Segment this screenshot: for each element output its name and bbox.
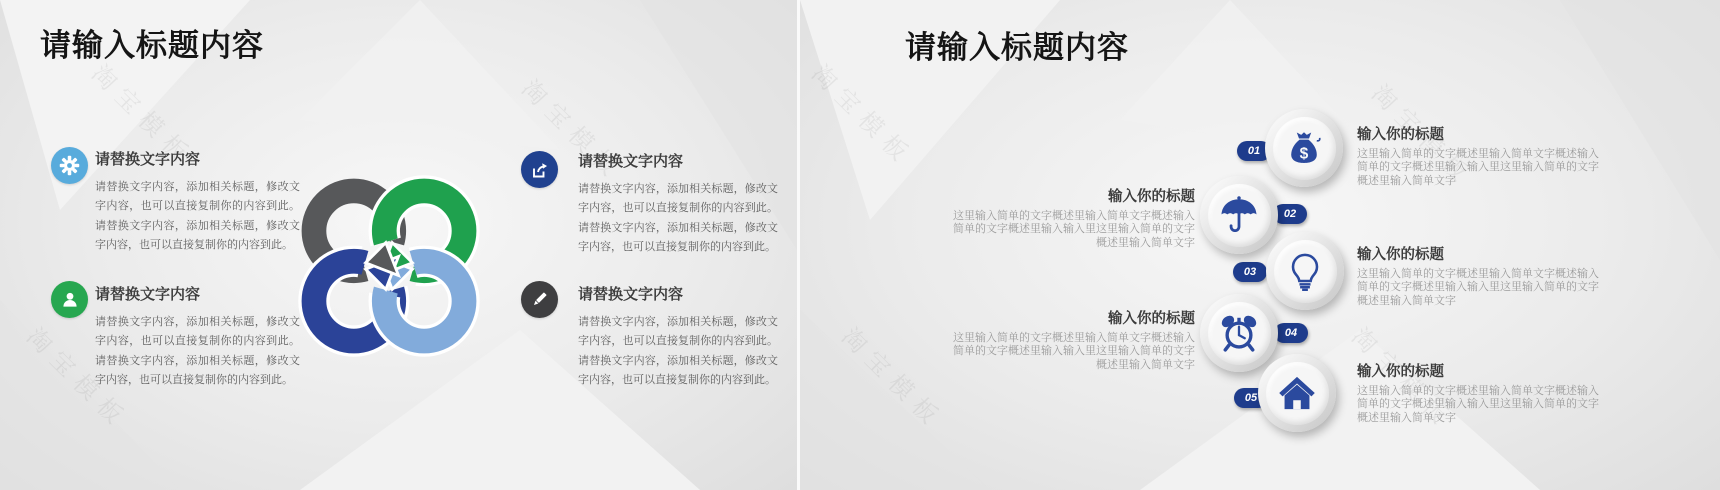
timeline-heading: 输入你的标题 — [1357, 360, 1605, 381]
gear-icon — [59, 155, 80, 176]
feature-block: 请替换文字内容 请替换文字内容，添加相关标题，修改文字内容，也可以直接复制你的内… — [95, 148, 300, 255]
alarm-clock-icon — [1218, 312, 1260, 354]
dollar-symbol: $ — [1300, 146, 1309, 163]
timeline-number-badge: 03 — [1233, 262, 1267, 282]
timeline-text-block: 输入你的标题 这里输入简单的文字概述里输入简单文字概述输入简单的文字概述里输入输… — [950, 185, 1195, 250]
umbrella-icon — [1218, 194, 1260, 236]
page-title: 请输入标题内容 — [905, 22, 1129, 67]
timeline-text-block: 输入你的标题 这里输入简单的文字概述里输入简单文字概述输入简单的文字概述里输入输… — [1357, 243, 1605, 308]
feature-body: 请替换文字内容，添加相关标题，修改文字内容，也可以直接复制你的内容到此。请替换文… — [578, 313, 778, 390]
slide-left: 淘宝模板 淘宝模板 淘宝模板 请输入标题内容 — [0, 0, 797, 490]
timeline-text-block: 输入你的标题 这里输入简单的文字概述里输入简单文字概述输入简单的文字概述里输入输… — [1357, 360, 1605, 425]
feature-icon-badge — [521, 281, 558, 318]
pencil-icon — [530, 290, 549, 309]
feature-heading: 请替换文字内容 — [95, 283, 300, 304]
feature-heading: 请替换文字内容 — [578, 150, 778, 171]
timeline-body: 这里输入简单的文字概述里输入简单文字概述输入简单的文字概述里输入输入里这里输入简… — [1357, 268, 1605, 308]
watermark: 淘宝模板 — [805, 55, 923, 173]
timeline-circle — [1200, 294, 1278, 372]
feature-block: 请替换文字内容 请替换文字内容，添加相关标题，修改文字内容，也可以直接复制你的内… — [578, 150, 778, 257]
timeline-circle — [1200, 176, 1278, 254]
money-bag-icon: $ — [1284, 128, 1324, 168]
page-canvas: 淘宝模板 淘宝模板 淘宝模板 请输入标题内容 — [0, 0, 1720, 490]
timeline-body: 这里输入简单的文字概述里输入简单文字概述输入简单的文字概述里输入输入里这里输入简… — [1357, 148, 1605, 188]
timeline-number-badge: 04 — [1274, 323, 1308, 343]
slide-right: 淘宝模板 淘宝模板 淘宝模板 淘宝模板 请输入标题内容 01 02 03 04 … — [800, 0, 1720, 490]
timeline-text-block: 输入你的标题 这里输入简单的文字概述里输入简单文字概述输入简单的文字概述里输入输… — [950, 307, 1195, 372]
timeline-heading: 输入你的标题 — [950, 185, 1195, 206]
house-icon — [1277, 373, 1317, 413]
feature-block: 请替换文字内容 请替换文字内容，添加相关标题，修改文字内容，也可以直接复制你的内… — [578, 283, 778, 390]
feature-body: 请替换文字内容，添加相关标题，修改文字内容，也可以直接复制你的内容到此。请替换文… — [95, 178, 300, 255]
feature-icon-badge — [51, 147, 88, 184]
timeline-body: 这里输入简单的文字概述里输入简单文字概述输入简单的文字概述里输入输入里这里输入简… — [950, 210, 1195, 250]
timeline-number-badge: 02 — [1273, 204, 1307, 224]
feature-icon-badge — [51, 281, 88, 318]
user-icon — [60, 290, 80, 310]
timeline-body: 这里输入简单的文字概述里输入简单文字概述输入简单的文字概述里输入输入里这里输入简… — [1357, 385, 1605, 425]
converging-arrows-diagram — [294, 171, 484, 361]
timeline-body: 这里输入简单的文字概述里输入简单文字概述输入简单的文字概述里输入输入里这里输入简… — [950, 332, 1195, 372]
timeline-heading: 输入你的标题 — [950, 307, 1195, 328]
timeline-circle — [1266, 232, 1344, 310]
timeline-heading: 输入你的标题 — [1357, 123, 1605, 144]
share-icon — [530, 160, 550, 180]
timeline-heading: 输入你的标题 — [1357, 243, 1605, 264]
feature-body: 请替换文字内容，添加相关标题，修改文字内容，也可以直接复制你的内容到此。请替换文… — [578, 180, 778, 257]
feature-body: 请替换文字内容，添加相关标题，修改文字内容，也可以直接复制你的内容到此。请替换文… — [95, 313, 300, 390]
watermark: 淘宝模板 — [835, 318, 953, 436]
page-title: 请输入标题内容 — [40, 20, 264, 65]
feature-icon-badge — [521, 151, 558, 188]
timeline-text-block: 输入你的标题 这里输入简单的文字概述里输入简单文字概述输入简单的文字概述里输入输… — [1357, 123, 1605, 188]
timeline-circle — [1258, 354, 1336, 432]
feature-heading: 请替换文字内容 — [578, 283, 778, 304]
timeline-circle: $ — [1265, 109, 1343, 187]
light-bulb-icon — [1285, 251, 1325, 291]
feature-heading: 请替换文字内容 — [95, 148, 300, 169]
feature-block: 请替换文字内容 请替换文字内容，添加相关标题，修改文字内容，也可以直接复制你的内… — [95, 283, 300, 390]
